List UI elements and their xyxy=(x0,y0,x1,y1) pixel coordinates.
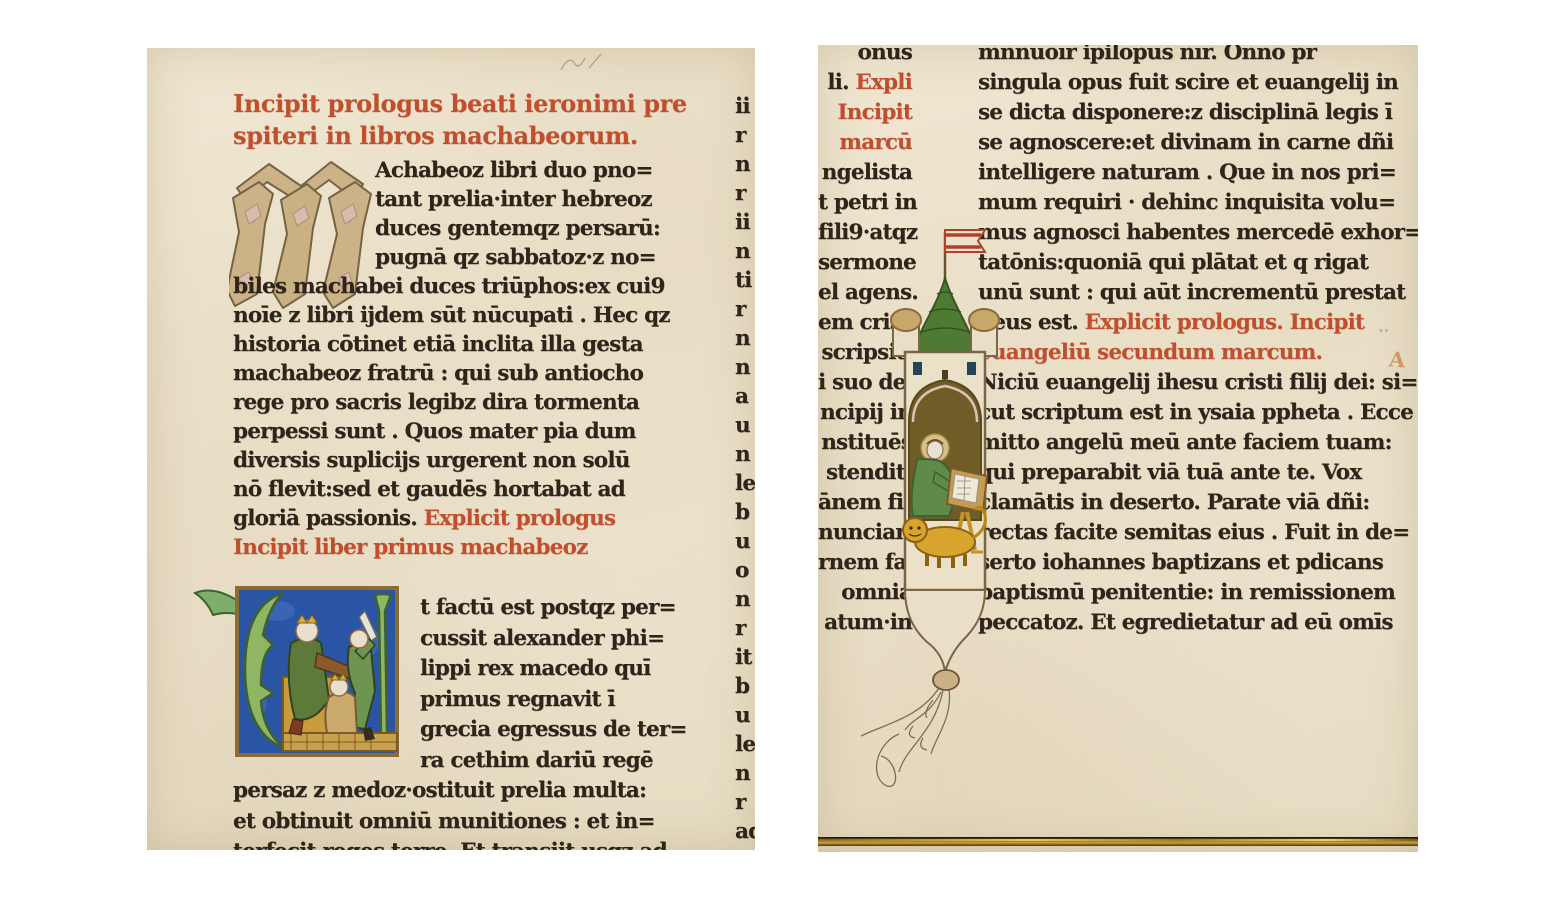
text-line: euangeliū secundum marcum. xyxy=(978,338,1406,368)
body-text: o xyxy=(735,558,749,583)
text-line: t factū est postqz per= xyxy=(420,593,657,624)
body-text: b xyxy=(735,500,749,525)
text-line: cut scriptum est in ysaia ppheta . Ecce xyxy=(978,398,1406,428)
text-line: pugnā qz sabbatoz·z no= xyxy=(375,243,657,272)
body-text: peccatoz. Et egredietatur ad eū omīs xyxy=(978,610,1393,635)
text-line: n xyxy=(735,150,755,179)
text-line: primus regnavit ī xyxy=(420,685,657,716)
text-line: ngelista xyxy=(818,158,912,188)
text-line: perpessi sunt . Quos mater pia dum xyxy=(233,417,657,446)
text-line: r xyxy=(735,788,755,817)
text-line: r xyxy=(735,295,755,324)
left-second-column-fragments: iirnriintirnnaunlebuonritbulenrad xyxy=(735,92,755,846)
text-line: u xyxy=(735,411,755,440)
text-line: n xyxy=(735,585,755,614)
text-line: marcū xyxy=(818,128,912,158)
body-text: r xyxy=(735,123,746,148)
text-line: qui preparabit viā tuā ante te. Vox xyxy=(978,458,1406,488)
text-line: mnnuoīr ipilopus nīr. Onno pr xyxy=(978,45,1406,68)
body-text: intelligere naturam . Que in nos pri= xyxy=(978,160,1396,185)
body-text: primus regnavit ī xyxy=(420,687,615,712)
rubric-text: euangeliū secundum marcum. xyxy=(978,340,1322,365)
body-text: duces gentemqz persarū: xyxy=(375,216,660,241)
text-line: grecia egressus de ter= xyxy=(420,715,657,746)
body-text: Achabeoz libri duo pno= xyxy=(375,158,653,183)
body-text: ad xyxy=(735,819,755,844)
text-line: Incipit prologus beati ieronimi pre xyxy=(233,88,687,120)
body-text: mitto angelū meū ante faciem tuam: xyxy=(978,430,1392,455)
text-line: intelligere naturam . Que in nos pri= xyxy=(978,158,1406,188)
pen-flourish xyxy=(861,688,950,786)
body-text: mum requiri · dehinc inquisita volu= xyxy=(978,190,1395,215)
text-line: noīe z libri ijdem sūt nūcupati . Hec qz xyxy=(233,301,657,330)
text-line: machabeoz fratrū : qui sub antiocho xyxy=(233,359,657,388)
text-line: tant prelia·inter hebreoz xyxy=(375,185,657,214)
text-line: historia cōtinet etiā inclita illa gesta xyxy=(233,330,657,359)
rubric-text: Incipit liber primus machabeoz xyxy=(233,535,588,560)
text-line: r xyxy=(735,614,755,643)
text-line: lippi rex macedo quī xyxy=(420,654,657,685)
rubric-text: Incipit xyxy=(838,100,912,125)
body-text: n xyxy=(735,442,750,467)
text-line: it xyxy=(735,643,755,672)
text-line: et obtinuit omniū munitiones : et in= xyxy=(233,807,657,838)
body-text: lippi rex macedo quī xyxy=(420,656,651,681)
body-text: gloriā passionis. xyxy=(233,506,424,531)
text-line: le xyxy=(735,469,755,498)
text-line: spiteri in libros machabeorum. xyxy=(233,120,687,152)
body-text: r xyxy=(735,181,746,206)
body-text: n xyxy=(735,239,750,264)
text-line: le xyxy=(735,730,755,759)
body-text: u xyxy=(735,529,750,554)
text-line: duces gentemqz persarū: xyxy=(375,214,657,243)
body-text: ii xyxy=(735,94,750,119)
text-line: terfecit reges terre. Et transiit usqz a… xyxy=(233,837,657,850)
body-text: ra cethim dariū regē xyxy=(420,748,653,773)
body-text: terfecit reges terre. Et transiit usqz a… xyxy=(233,839,667,850)
rubric-text: Explicit prologus xyxy=(424,506,616,531)
body-text: baptismū penitentie: in remissionem xyxy=(978,580,1395,605)
body-text: it xyxy=(735,645,752,670)
text-line: singula opus fuit scire et euangelij in xyxy=(978,68,1406,98)
text-line: rege pro sacris legibz dira tormenta xyxy=(233,388,657,417)
body-text: noīe z libri ijdem sūt nūcupati . Hec qz xyxy=(233,303,670,328)
body-text: historia cōtinet etiā inclita illa gesta xyxy=(233,332,643,357)
body-text: ii xyxy=(735,210,750,235)
tower-illumination xyxy=(843,220,1018,790)
text-line: persaz z medoz·ostituit prelia multa: xyxy=(233,776,657,807)
text-line: gloriā passionis. Explicit prologus xyxy=(233,504,657,533)
rubric-text: spiteri in libros machabeorum. xyxy=(233,121,638,150)
text-line: Incipit xyxy=(818,98,912,128)
body-text: mnnuoīr ipilopus nīr. Onno pr xyxy=(978,45,1316,65)
body-text: pugnā qz sabbatoz·z no= xyxy=(375,245,656,270)
text-line: t petri in xyxy=(818,188,912,218)
text-line: n xyxy=(735,440,755,469)
manuscript-spread: Incipit prologus beati ieronimi prespite… xyxy=(0,0,1560,900)
body-text: n xyxy=(735,761,750,786)
body-text: rectas facite semitas eius . Fuit in de= xyxy=(978,520,1409,545)
body-text: u xyxy=(735,703,750,728)
pencil-mark xyxy=(555,50,605,76)
body-text: t factū est postqz per= xyxy=(420,595,676,620)
text-line: deus est. Explicit prologus. Incipit xyxy=(978,308,1406,338)
body-text: n xyxy=(735,355,750,380)
text-line: diversis suplicijs urgerent non solū xyxy=(233,446,657,475)
text-line: ad xyxy=(735,817,755,846)
body-text: r xyxy=(735,616,746,641)
gilded-page-edge-shine xyxy=(818,839,1418,841)
body-text: tatōnis:quoniā qui plātat et q rigat xyxy=(978,250,1368,275)
rubric-text: marcū xyxy=(839,130,912,155)
left-prologue-text: Achabeoz libri duo pno=tant prelia·inter… xyxy=(233,156,657,562)
body-text: se dicta disponere:z disciplinā legis ī xyxy=(978,100,1392,125)
body-text: et obtinuit omniū munitiones : et in= xyxy=(233,809,655,834)
left-page-photo: Incipit prologus beati ieronimi prespite… xyxy=(147,48,755,850)
body-text: cussit alexander phi= xyxy=(420,626,664,651)
body-text: ngelista xyxy=(822,160,912,185)
text-line: b xyxy=(735,498,755,527)
text-line: Incipit liber primus machabeoz xyxy=(233,533,657,562)
body-text: nō flevit:sed et gaudēs hortabat ad xyxy=(233,477,625,502)
tower-pendant xyxy=(905,590,985,672)
body-text: grecia egressus de ter= xyxy=(420,717,687,742)
body-text: onus xyxy=(857,45,912,65)
body-text: biles machabei duces triūphos:ex cui9 xyxy=(233,274,665,299)
body-text: tant prelia·inter hebreoz xyxy=(375,187,652,212)
rubric-text: Expli xyxy=(855,70,912,95)
text-line: cussit alexander phi= xyxy=(420,624,657,655)
text-line: n xyxy=(735,324,755,353)
rubric-text: Explicit prologus. Incipit xyxy=(1085,310,1364,335)
right-main-column-text: mnnuoīr ipilopus nīr. Onno prsingula opu… xyxy=(978,45,1406,638)
text-line: serto iohannes baptizans et pdicans xyxy=(978,548,1406,578)
text-line: Niciū euangelij ihesu cristi filij dei: … xyxy=(978,368,1406,398)
text-line: o xyxy=(735,556,755,585)
rubric-text: Incipit prologus beati ieronimi pre xyxy=(233,89,687,118)
margin-tick-mark: ·· xyxy=(1378,321,1389,340)
text-line: r xyxy=(735,179,755,208)
text-line: unū sunt : qui aūt incrementū prestat xyxy=(978,278,1406,308)
body-text: le xyxy=(735,471,755,496)
text-line: rectas facite semitas eius . Fuit in de= xyxy=(978,518,1406,548)
text-line: ii xyxy=(735,208,755,237)
text-line: clamātis in deserto. Parate viā dñi: xyxy=(978,488,1406,518)
body-text: n xyxy=(735,587,750,612)
text-line: se agnoscere:et divinam in carne dñi xyxy=(978,128,1406,158)
text-line: a xyxy=(735,382,755,411)
body-text: le xyxy=(735,732,755,757)
text-line: n xyxy=(735,353,755,382)
text-line: mus agnosci habentes mercedē exhor= xyxy=(978,218,1406,248)
body-text: ti xyxy=(735,268,752,293)
text-line: r xyxy=(735,121,755,150)
left-rubric-top: Incipit prologus beati ieronimi prespite… xyxy=(233,88,687,152)
text-line: peccatoz. Et egredietatur ad eū omīs xyxy=(978,608,1406,638)
text-line: mum requiri · dehinc inquisita volu= xyxy=(978,188,1406,218)
body-text: persaz z medoz·ostituit prelia multa: xyxy=(233,778,646,803)
body-text: qui preparabit viā tuā ante te. Vox xyxy=(978,460,1361,485)
text-line: b xyxy=(735,672,755,701)
body-text: n xyxy=(735,152,750,177)
body-text: machabeoz fratrū : qui sub antiocho xyxy=(233,361,643,386)
text-line: n xyxy=(735,237,755,266)
body-text: u xyxy=(735,413,750,438)
text-line: biles machabei duces triūphos:ex cui9 xyxy=(233,272,657,301)
text-line: li. Expli xyxy=(818,68,912,98)
text-line: nō flevit:sed et gaudēs hortabat ad xyxy=(233,475,657,504)
text-line: tatōnis:quoniā qui plātat et q rigat xyxy=(978,248,1406,278)
right-page-photo: onusli. ExpliIncipitmarcūngelistat petri… xyxy=(818,45,1418,852)
text-line: ti xyxy=(735,266,755,295)
left-liber-text: t factū est postqz per=cussit alexander … xyxy=(233,593,657,850)
text-line: n xyxy=(735,759,755,788)
body-text: rege pro sacris legibz dira tormenta xyxy=(233,390,639,415)
text-line: ra cethim dariū regē xyxy=(420,746,657,777)
body-text: clamātis in deserto. Parate viā dñi: xyxy=(978,490,1369,515)
text-line: se dicta disponere:z disciplinā legis ī xyxy=(978,98,1406,128)
margin-note-a: A xyxy=(1388,346,1406,372)
body-text: n xyxy=(735,326,750,351)
text-line: onus xyxy=(818,45,912,68)
text-line: Achabeoz libri duo pno= xyxy=(375,156,657,185)
body-text: Niciū euangelij ihesu cristi filij dei: … xyxy=(978,370,1418,395)
text-line: ii xyxy=(735,92,755,121)
body-text: b xyxy=(735,674,749,699)
body-text: unū sunt : qui aūt incrementū prestat xyxy=(978,280,1405,305)
body-text: r xyxy=(735,297,746,322)
body-text: perpessi sunt . Quos mater pia dum xyxy=(233,419,636,444)
text-line: baptismū penitentie: in remissionem xyxy=(978,578,1406,608)
text-line: mitto angelū meū ante faciem tuam: xyxy=(978,428,1406,458)
body-text: diversis suplicijs urgerent non solū xyxy=(233,448,630,473)
body-text: r xyxy=(735,790,746,815)
body-text: se agnoscere:et divinam in carne dñi xyxy=(978,130,1393,155)
text-line: u xyxy=(735,527,755,556)
body-text: singula opus fuit scire et euangelij in xyxy=(978,70,1398,95)
body-text: t petri in xyxy=(818,190,917,215)
text-line: u xyxy=(735,701,755,730)
body-text: cut scriptum est in ysaia ppheta . Ecce xyxy=(978,400,1413,425)
body-text: li. xyxy=(827,70,855,95)
body-text: serto iohannes baptizans et pdicans xyxy=(978,550,1383,575)
body-text: mus agnosci habentes mercedē exhor= xyxy=(978,220,1418,245)
body-text: a xyxy=(735,384,748,409)
